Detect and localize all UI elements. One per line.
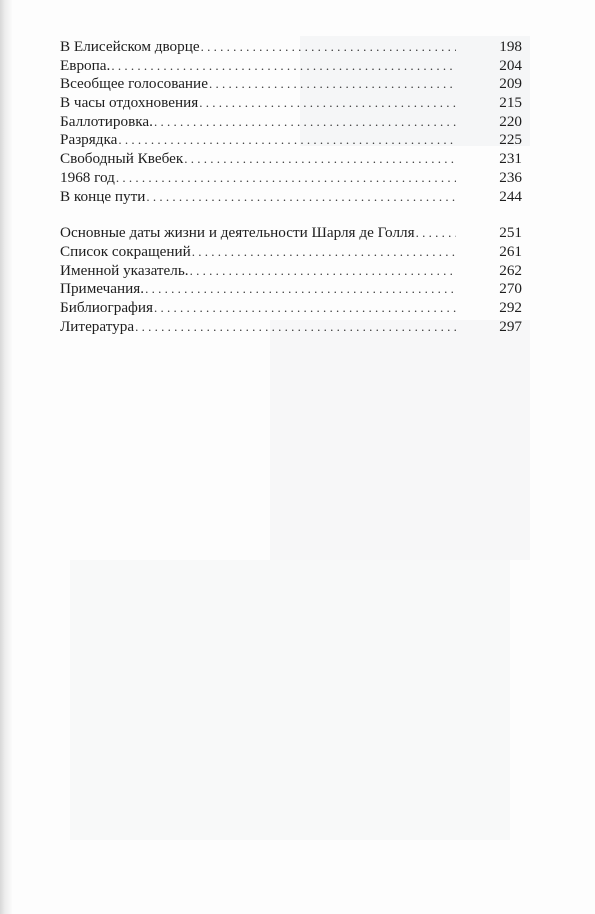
dot-leader <box>154 113 456 132</box>
toc-entry-page: 215 <box>492 94 522 113</box>
toc-entry: В Елисейском дворце 198 <box>60 38 522 57</box>
toc-entry-page: 204 <box>492 57 522 76</box>
toc-entry-page: 292 <box>492 299 522 318</box>
toc-entry: Литература 297 <box>60 318 522 337</box>
toc-entry: Список сокращений 261 <box>60 243 522 262</box>
toc-entry: Библиография 292 <box>60 299 522 318</box>
toc-entry: Свободный Квебек 231 <box>60 150 522 169</box>
toc-entry-page: 262 <box>492 262 522 281</box>
dot-leader <box>199 94 456 113</box>
toc-entry-page: 297 <box>492 318 522 337</box>
dot-leader <box>111 57 456 76</box>
toc-entry-page: 225 <box>492 131 522 150</box>
reverse-page-show-through <box>70 560 510 840</box>
toc-entry-title: В конце пути <box>60 188 145 207</box>
toc-entry-title: Всеобщее голосование <box>60 75 208 94</box>
table-of-contents: В Елисейском дворце 198 Европа. 204 Всео… <box>60 38 522 336</box>
toc-entry: Основные даты жизни и деятельности Шарля… <box>60 224 522 243</box>
toc-entry-title: Европа. <box>60 57 110 76</box>
toc-entry: 1968 год 236 <box>60 169 522 188</box>
reverse-page-show-through <box>270 320 530 560</box>
dot-leader <box>154 299 456 318</box>
toc-entry-page: 220 <box>492 113 522 132</box>
toc-entry-title: В часы отдохновения <box>60 94 198 113</box>
toc-entry-page: 231 <box>492 150 522 169</box>
toc-entry-page: 244 <box>492 188 522 207</box>
toc-entry: Именной указатель. 262 <box>60 262 522 281</box>
toc-entry: Европа. 204 <box>60 57 522 76</box>
toc-entry-title: Именной указатель. <box>60 262 189 281</box>
dot-leader <box>201 38 456 57</box>
dot-leader <box>184 150 456 169</box>
dot-leader <box>416 224 456 243</box>
toc-entry-page: 261 <box>492 243 522 262</box>
dot-leader <box>118 131 456 150</box>
toc-entry-page: 270 <box>492 280 522 299</box>
toc-entry-title: Литература <box>60 318 134 337</box>
toc-entry-title: 1968 год <box>60 169 115 188</box>
toc-entry-title: Список сокращений <box>60 243 191 262</box>
toc-entry-title: Разрядка <box>60 131 117 150</box>
toc-entry: Примечания. 270 <box>60 280 522 299</box>
toc-entry-title: В Елисейском дворце <box>60 38 200 57</box>
dot-leader <box>209 75 456 94</box>
toc-entry: В часы отдохновения 215 <box>60 94 522 113</box>
toc-entry-page: 236 <box>492 169 522 188</box>
dot-leader <box>146 188 456 207</box>
toc-entry-title: Свободный Квебек <box>60 150 183 169</box>
toc-entry: Всеобщее голосование 209 <box>60 75 522 94</box>
toc-entry-page: 251 <box>492 224 522 243</box>
page-edge-shadow <box>0 0 12 914</box>
toc-group-appendices: Основные даты жизни и деятельности Шарля… <box>60 224 522 336</box>
toc-entry-title: Баллотировка. <box>60 113 153 132</box>
toc-group-chapters: В Елисейском дворце 198 Европа. 204 Всео… <box>60 38 522 206</box>
dot-leader <box>190 262 456 281</box>
toc-entry-title: Библиография <box>60 299 153 318</box>
dot-leader <box>135 318 456 337</box>
toc-entry: В конце пути 244 <box>60 188 522 207</box>
toc-entry-title: Основные даты жизни и деятельности Шарля… <box>60 224 415 243</box>
dot-leader <box>145 280 456 299</box>
toc-entry-page: 209 <box>492 75 522 94</box>
toc-entry: Баллотировка. 220 <box>60 113 522 132</box>
dot-leader <box>192 243 456 262</box>
dot-leader <box>116 169 456 188</box>
toc-entry-page: 198 <box>492 38 522 57</box>
toc-entry: Разрядка 225 <box>60 131 522 150</box>
toc-entry-title: Примечания. <box>60 280 144 299</box>
